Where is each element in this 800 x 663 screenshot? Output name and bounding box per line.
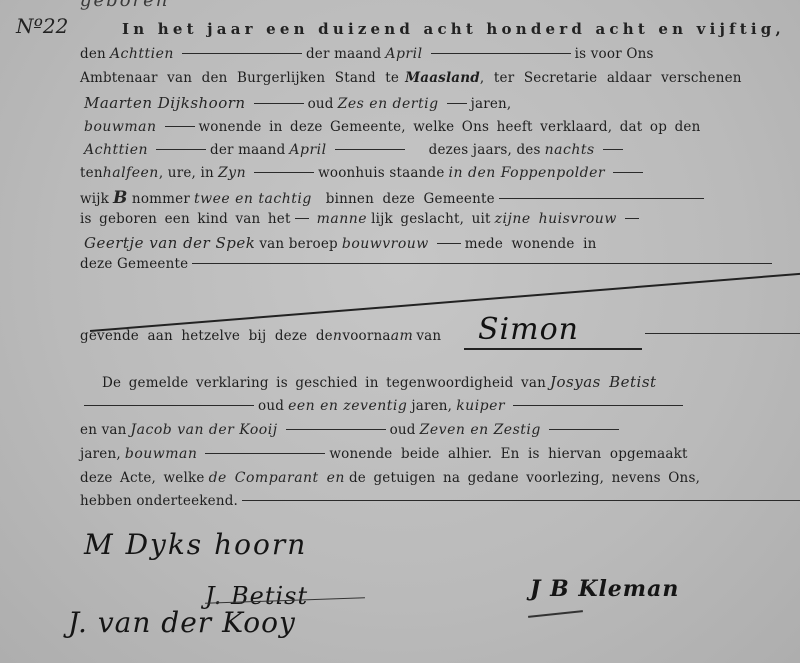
record-line-14: oud een en zeventig jaren, kuiper [80,398,687,420]
record-line-9: is geboren een kind van het manne lijk g… [80,211,643,233]
printed-text: wonende in deze Gemeente, welke Ons heef… [199,119,701,135]
printed-text: mede wonende in [465,236,597,252]
handwritten-possessive: Zyn [218,165,246,181]
handwritten-house-number: twee en tachtig [194,191,312,207]
handwritten-location: in den Foppenpolder [449,165,606,181]
child-name-underline [464,348,642,350]
printed-text: woonhuis staande [318,165,444,181]
printed-text: nommer [132,191,190,207]
printed-text: jaren, [471,96,512,112]
record-line-10: Geertje van der Spek van beroep bouwvrou… [80,234,597,256]
printed-text: lijk geslacht, uit [371,211,491,227]
handwritten-witness2-age: Zeven en Zestig [420,422,541,438]
record-line-5: bouwman wonende in deze Gemeente, welke … [80,119,701,141]
fill-rule [603,149,623,150]
printed-text: binnen deze Gemeente [326,191,495,207]
printed-text: van [416,328,441,344]
printed-text: de getuigen na gedane voorlezing, nevens… [349,470,700,486]
record-line-11: deze Gemeente [80,256,776,278]
fill-rule [431,53,571,54]
printed-text: , ter Secretarie aldaar verschenen [480,70,742,86]
printed-text: is voor Ons [575,46,654,62]
handwritten-day: Achttien [110,46,174,62]
handwritten-comparant-phrase: de Comparant en [209,470,345,486]
printed-text: en van [80,422,127,438]
fill-rule [84,405,254,406]
printed-text: hebben onderteekend. [80,493,238,509]
printed-text: jaren, [411,398,452,414]
printed-text: wonende beide alhier. En is hiervan opge… [329,446,687,462]
fill-rule [286,429,386,430]
printed-text: gevende aan hetzelve bij deze de [80,328,333,344]
record-line-8: wijk B nommer twee en tachtig binnen dez… [80,188,708,210]
fill-rule [254,172,314,173]
printed-text: ten [80,165,103,181]
handwritten-birth-month: April [289,142,326,158]
handwritten-declarant-name: Maarten Dijkshoorn [84,94,246,112]
printed-text: jaren, [80,446,121,462]
record-line-3: Ambtenaar van den Burgerlijken Stand te … [80,70,742,92]
handwritten-witness1-occupation: kuiper [456,398,505,414]
handwritten-time-of-day: nachts [545,142,595,158]
fill-rule [192,263,772,264]
printed-text: deze Acte, welke [80,470,205,486]
fill-rule [499,198,704,199]
fill-rule [447,103,467,104]
fill-rule [156,149,206,150]
record-line-18: hebben onderteekend. [80,493,800,515]
handwritten-mother-name: Geertje van der Spek [84,234,255,252]
handwritten-sex: manne [317,211,367,227]
record-line-7: ten halfeen , ure, in Zyn woonhuis staan… [80,165,647,187]
record-line-15: en van Jacob van der Kooij oud Zeven en … [80,422,623,444]
signature-underline [528,610,583,618]
record-line-13: De gemelde verklaring is geschied in teg… [102,373,661,395]
fill-rule [254,103,304,104]
record-line-2: den Achttien der maand April is voor Ons [80,46,654,68]
record-line-6: Achttien der maand April dezes jaars, de… [80,142,627,164]
printed-text: , ure, in [159,165,214,181]
place-name: Maasland [405,70,480,86]
fill-rule [549,429,619,430]
fill-rule [242,500,800,501]
handwritten-witness1-name: Josyas Betist [550,373,657,391]
handwritten-mother-occupation: bouwvrouw [342,236,429,252]
scanned-birth-record: geboren Nº22 In het jaar een duizend ach… [0,0,800,663]
fill-rule [295,218,309,219]
handwritten-witness2-occupation: bouwman [125,446,198,462]
fill-rule [437,243,461,244]
handwritten-article: n [333,328,343,344]
printed-text: oud [308,96,334,112]
handwritten-birth-day: Achttien [84,142,148,158]
handwritten-suffix: am [391,328,414,344]
record-line-1: In het jaar een duizend acht honderd ach… [122,20,785,42]
printed-text: van beroep [259,236,338,252]
fill-rule [182,53,302,54]
printed-text: oud [258,398,284,414]
handwritten-witness2-name: Jacob van der Kooij [131,422,278,438]
top-handwritten-fragment: geboren [80,0,169,11]
fill-rule [513,405,683,406]
record-line-17: deze Acte, welke de Comparant en de getu… [80,470,700,492]
acte-number: Nº22 [16,14,68,38]
printed-text: dezes jaars, des [429,142,541,158]
signature-official: J B Kleman [530,576,679,602]
signature-witness2: J. van der Kooy [68,606,296,639]
handwritten-declarant-occupation: bouwman [84,119,157,135]
strike-through-line [90,273,800,332]
fill-rule [165,126,195,127]
fill-rule [335,149,405,150]
handwritten-declarant-age: Zes en dertig [338,96,439,112]
record-line-12: gevende aan hetzelve bij deze de n voorn… [80,328,441,350]
printed-text: oud [390,422,416,438]
record-line-4: Maarten Dijkshoorn oud Zes en dertig jar… [80,94,511,116]
handwritten-witness1-age: een en zeventig [288,398,407,414]
handwritten-month: April [385,46,422,62]
printed-text: voorna [342,328,390,344]
record-line-16: jaren, bouwman wonende beide alhier. En … [80,446,688,468]
printed-text: Ambtenaar van den Burgerlijken Stand te [80,70,399,86]
printed-text: der maand [210,142,285,158]
child-given-name: Simon [478,312,579,347]
printed-text: der maand [306,46,381,62]
printed-text: wijk [80,191,109,207]
printed-text: den [80,46,106,62]
printed-text: De gemelde verklaring is geschied in teg… [102,375,546,391]
fill-rule [613,172,643,173]
signature-father: M Dyks hoorn [84,528,307,561]
fill-rule [625,218,639,219]
opening-sentence: In het jaar een duizend acht honderd ach… [122,20,785,38]
handwritten-ward: B [113,188,128,208]
fill-rule [645,333,800,334]
handwritten-hour: halfeen [103,165,159,181]
handwritten-wife-phrase: zijne huisvrouw [495,211,617,227]
fill-rule [205,453,325,454]
printed-text: is geboren een kind van het [80,211,291,227]
printed-text: deze Gemeente [80,256,188,272]
